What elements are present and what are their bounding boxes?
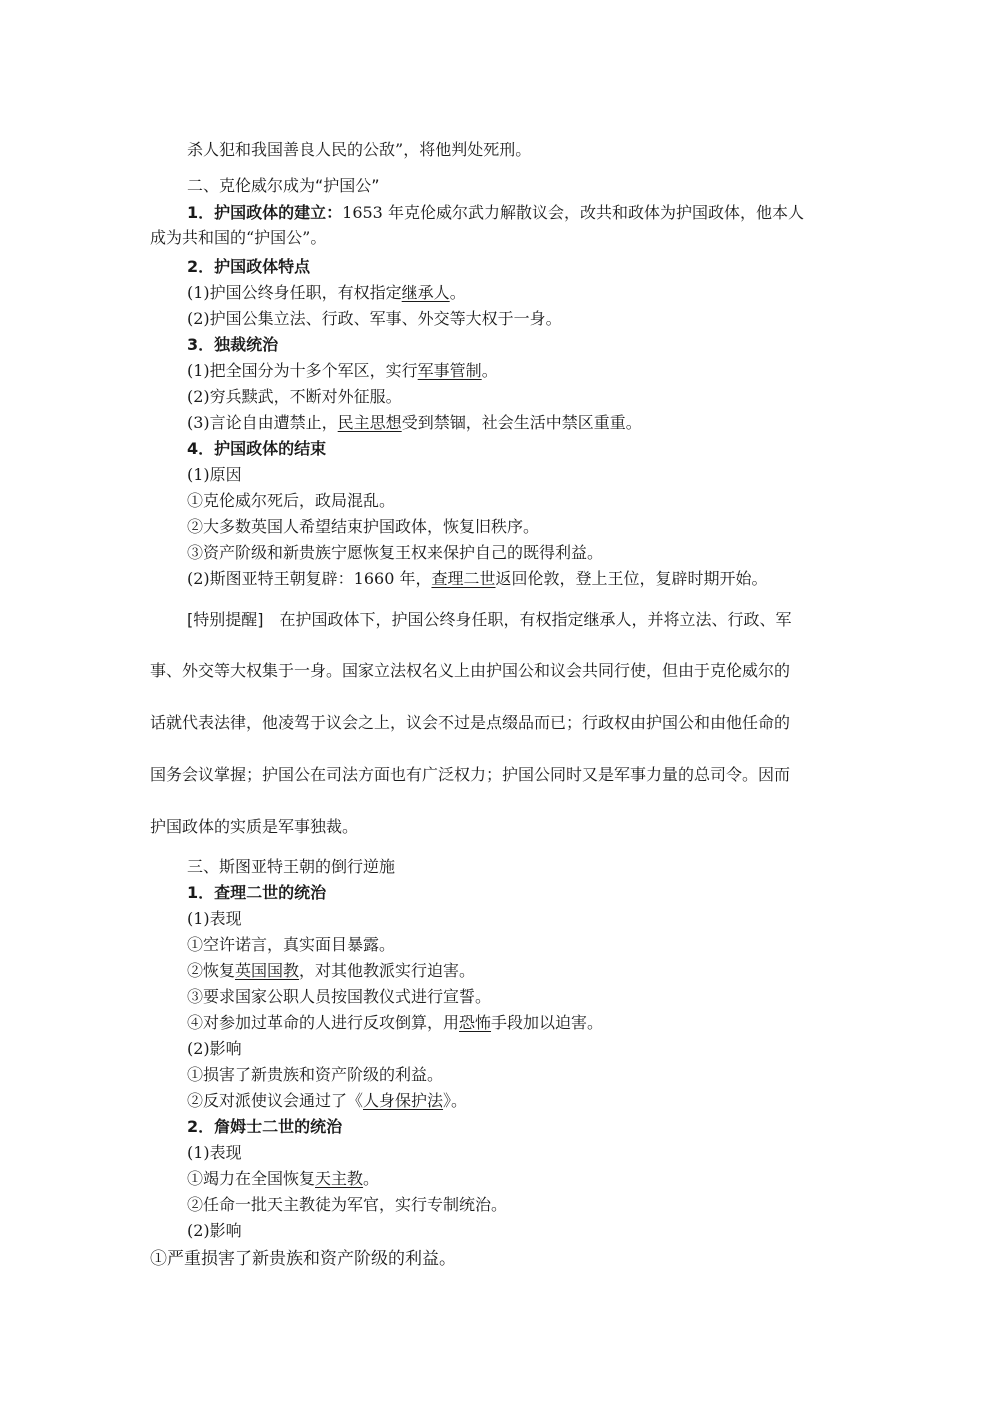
underlined-term: 查理二世 bbox=[431, 569, 495, 588]
list-item: (3)言论自由遭禁止，民主思想受到禁锢，社会生活中禁区重重。 bbox=[187, 412, 642, 434]
text: (2)斯图亚特王朝复辟：1660 年， bbox=[187, 569, 431, 588]
text: 受到禁锢，社会生活中禁区重重。 bbox=[402, 413, 642, 432]
text: 。 bbox=[363, 1169, 379, 1188]
special-note-line: 事、外交等大权集于一身。国家立法权名义上由护国公和议会共同行使，但由于克伦威尔的 bbox=[150, 660, 790, 682]
list-item: (2)穷兵黩武，不断对外征服。 bbox=[187, 386, 402, 408]
list-item: ④对参加过革命的人进行反攻倒算，用恐怖手段加以迫害。 bbox=[187, 1012, 603, 1034]
list-item: (2)护国公集立法、行政、军事、外交等大权于一身。 bbox=[187, 308, 562, 330]
subheading: 4．护国政体的结束 bbox=[187, 438, 326, 460]
underlined-term: 民主思想 bbox=[338, 413, 402, 432]
text: 。 bbox=[482, 361, 498, 380]
subheading: 3．独裁统治 bbox=[187, 334, 278, 356]
list-item: ①克伦威尔死后，政局混乱。 bbox=[187, 490, 395, 512]
list-item: (2)斯图亚特王朝复辟：1660 年，查理二世返回伦敦，登上王位，复辟时期开始。 bbox=[187, 568, 768, 590]
underlined-term: 军事管制 bbox=[418, 361, 482, 380]
subheading: 2．詹姆士二世的统治 bbox=[187, 1116, 342, 1138]
list-item: (2)影响 bbox=[187, 1220, 242, 1242]
list-item: ③要求国家公职人员按国教仪式进行宣誓。 bbox=[187, 986, 491, 1008]
text: ④对参加过革命的人进行反攻倒算，用 bbox=[187, 1013, 459, 1032]
underlined-term: 继承人 bbox=[402, 283, 450, 302]
paragraph-line: 杀人犯和我国善良人民的公敌”，将他判处死刑。 bbox=[187, 139, 531, 161]
text: 返回伦敦，登上王位，复辟时期开始。 bbox=[496, 569, 768, 588]
subheading: 1．护国政体的建立： bbox=[187, 203, 342, 222]
text: 。 bbox=[450, 283, 466, 302]
text: 》。 bbox=[443, 1091, 467, 1110]
list-item: (1)把全国分为十多个军区，实行军事管制。 bbox=[187, 360, 498, 382]
list-item: (1)表现 bbox=[187, 1142, 242, 1164]
text: (1)护国公终身任职，有权指定 bbox=[187, 283, 402, 302]
list-item: (2)影响 bbox=[187, 1038, 242, 1060]
special-note-line: 话就代表法律，他凌驾于议会之上，议会不过是点缀品而已；行政权由护国公和由他任命的 bbox=[150, 712, 790, 734]
list-item: ①竭力在全国恢复天主教。 bbox=[187, 1168, 379, 1190]
special-note-line: 国务会议掌握；护国公在司法方面也有广泛权力；护国公同时又是军事力量的总司令。因而 bbox=[150, 764, 790, 786]
list-item: (1)护国公终身任职，有权指定继承人。 bbox=[187, 282, 466, 304]
text: ②恢复 bbox=[187, 961, 235, 980]
bold-quote-text: 杀人犯和我国善良人民的公敌 bbox=[187, 140, 395, 159]
text: (3)言论自由遭禁止， bbox=[187, 413, 338, 432]
list-item: ①损害了新贵族和资产阶级的利益。 bbox=[187, 1064, 443, 1086]
paragraph-line: 成为共和国的“护国公”。 bbox=[150, 227, 326, 249]
list-item: ②恢复英国国教，对其他教派实行迫害。 bbox=[187, 960, 475, 982]
list-item: ②反对派使议会通过了《人身保护法》。 bbox=[187, 1090, 467, 1112]
list-item: ③资产阶级和新贵族宁愿恢复王权来保护自己的既得利益。 bbox=[187, 542, 603, 564]
text: ①竭力在全国恢复 bbox=[187, 1169, 315, 1188]
list-item: ②任命一批天主教徒为军官，实行专制统治。 bbox=[187, 1194, 507, 1216]
special-note-line: [特别提醒] 在护国政体下，护国公终身任职，有权指定继承人，并将立法、行政、军 bbox=[187, 609, 792, 631]
subheading: 1．查理二世的统治 bbox=[187, 882, 326, 904]
underlined-term: 天主教 bbox=[315, 1169, 363, 1188]
list-item: ①空许诺言，真实面目暴露。 bbox=[187, 934, 395, 956]
underlined-term: 英国国教 bbox=[235, 961, 299, 980]
paragraph-line: 1．护国政体的建立：1653 年克伦威尔武力解散议会，改共和政体为护国政体，他本… bbox=[187, 202, 804, 224]
text: (1)把全国分为十多个军区，实行 bbox=[187, 361, 418, 380]
list-item: (1)原因 bbox=[187, 464, 242, 486]
underlined-term: 人身保护法 bbox=[363, 1091, 443, 1110]
underlined-term: 恐怖 bbox=[459, 1013, 491, 1032]
list-item: (1)表现 bbox=[187, 908, 242, 930]
section-heading-2: 二、克伦威尔成为“护国公” bbox=[187, 175, 380, 197]
text: ”，将他判处死刑。 bbox=[395, 140, 531, 159]
special-note-line: 护国政体的实质是军事独裁。 bbox=[150, 816, 358, 838]
text: 手段加以迫害。 bbox=[491, 1013, 603, 1032]
list-item: ②大多数英国人希望结束护国政体，恢复旧秩序。 bbox=[187, 516, 539, 538]
text: ②反对派使议会通过了《 bbox=[187, 1091, 363, 1110]
text: ，对其他教派实行迫害。 bbox=[299, 961, 475, 980]
list-item: ①严重损害了新贵族和资产阶级的利益。 bbox=[150, 1248, 456, 1270]
section-heading-3: 三、斯图亚特王朝的倒行逆施 bbox=[187, 856, 395, 878]
subheading: 2．护国政体特点 bbox=[187, 256, 310, 278]
text: 1653 年克伦威尔武力解散议会，改共和政体为护国政体，他本人 bbox=[342, 203, 804, 222]
